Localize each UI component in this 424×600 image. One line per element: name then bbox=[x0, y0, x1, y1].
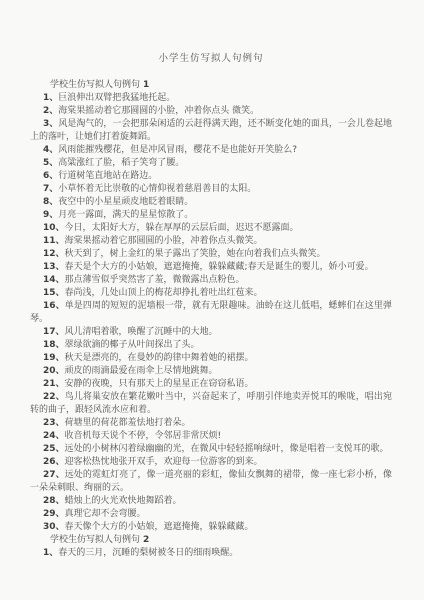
list-item: 4、风雨能摧残樱花，但是冲风冒雨，樱花不是也能好开笑脸么? bbox=[30, 144, 392, 157]
item-number: 16、 bbox=[43, 301, 65, 311]
item-number: 10、 bbox=[43, 223, 65, 233]
item-text: 鸟儿将巢安放在繁花嫩叶当中，兴奋起来了，呼朋引伴地卖弄悦耳的喉咙，唱出宛转的曲子… bbox=[30, 392, 392, 415]
item-text: 远处的小树林闪着绿幽幽的光，在微风中轻轻摇响绿叶，像是唱着一支悦耳的歌。 bbox=[65, 444, 389, 454]
list-item: 25、远处的小树林闪着绿幽幽的光，在微风中轻轻摇响绿叶，像是唱着一支悦耳的歌。 bbox=[30, 443, 392, 456]
item-number: 30、 bbox=[43, 522, 65, 532]
item-number: 5、 bbox=[43, 158, 58, 168]
list-item: 11、海棠果摇动着它那圆圆的小脸，冲着你点头微笑。 bbox=[30, 235, 392, 248]
item-number: 3、 bbox=[43, 119, 58, 129]
item-number: 18、 bbox=[43, 340, 65, 350]
item-text: 高粱涨红了脸，稻子笑弯了腰。 bbox=[58, 158, 184, 168]
list-item: 8、夜空中的小星星顽皮地眨着眼睛。 bbox=[30, 196, 392, 209]
list-item: 30、春天像个大方的小姑娘，遮遮掩掩，躲躲藏藏。 bbox=[30, 521, 392, 534]
item-text: 秋天是漂亮的，在曼妙的韵律中舞着她的裙摆。 bbox=[65, 353, 254, 363]
item-number: 12、 bbox=[43, 249, 65, 259]
list-item: 16、单是四周的短短的泥墙根一带，就有无限趣味。油蛉在这儿低唱，蟋蟀们在这里弹琴… bbox=[30, 300, 392, 326]
item-number: 28、 bbox=[43, 496, 65, 506]
section-heading: 学校生仿写拟人句例句2 bbox=[30, 534, 392, 547]
list-item: 19、秋天是漂亮的，在曼妙的韵律中舞着她的裙摆。 bbox=[30, 352, 392, 365]
list-item: 29、真理它却不会弯腰。 bbox=[30, 508, 392, 521]
list-item: 28、蜡烛上的火光欢快地舞蹈着。 bbox=[30, 495, 392, 508]
list-item: 3、风是淘气的，一会把那朵闲适的云赶得满天跑，还不断变化她的面具，一会儿卷起地上… bbox=[30, 118, 392, 144]
item-text: 今日，太阳好大方，躲在厚厚的云层后面，迟迟不愿露面。 bbox=[65, 223, 299, 233]
list-item: 26、迎客松热忱地张开双手，欢迎每一位游客的到来。 bbox=[30, 456, 392, 469]
item-text: 蜡烛上的火光欢快地舞蹈着。 bbox=[65, 496, 182, 506]
item-number: 2、 bbox=[43, 106, 58, 116]
list-item: 1、巨浪伸出双臂把我猛地托起。 bbox=[30, 92, 392, 105]
section-heading: 学校生仿写拟人句例句1 bbox=[30, 79, 392, 92]
list-item: 24、收音机每天说个不停，令邻居非常厌烦! bbox=[30, 430, 392, 443]
section-heading-number: 2 bbox=[143, 535, 149, 545]
item-text: 春天是个大方的小姑娘，遮遮掩掩，躲躲藏藏;春天是诞生的婴儿，娇小可爱。 bbox=[65, 262, 374, 272]
document-page: 小学生仿写拟人句例句 学校生仿写拟人句例句11、巨浪伸出双臂把我猛地托起。2、海… bbox=[0, 0, 424, 600]
item-text: 小草怀着无比崇敬的心情仰视着慈眉善目的太阳。 bbox=[58, 184, 256, 194]
item-number: 14、 bbox=[43, 275, 65, 285]
section-heading-text: 学校生仿写拟人句例句 bbox=[50, 535, 140, 545]
item-text: 顽皮的雨滴最爱在雨伞上尽情地跳舞。 bbox=[65, 366, 218, 376]
list-item: 18、翠绿欲滴的椰子从叶间探出了头。 bbox=[30, 339, 392, 352]
item-text: 夜空中的小星星顽皮地眨着眼睛。 bbox=[58, 197, 193, 207]
list-item: 5、高粱涨红了脸，稻子笑弯了腰。 bbox=[30, 157, 392, 170]
list-item: 10、今日，太阳好大方，躲在厚厚的云层后面，迟迟不愿露面。 bbox=[30, 222, 392, 235]
item-text: 安静的夜晚，只有那天上的星星正在窃窃私语。 bbox=[65, 379, 254, 389]
item-text: 风是淘气的，一会把那朵闲适的云赶得满天跑，还不断变化她的面具，一会儿卷起地上的落… bbox=[30, 119, 392, 142]
list-item: 1、春天的三月，沉睡的梨树被冬日的细雨唤醒。 bbox=[30, 547, 392, 560]
item-text: 荷塘里的荷花都羞怯地打着朵。 bbox=[65, 418, 191, 428]
document-body: 学校生仿写拟人句例句11、巨浪伸出双臂把我猛地托起。2、海棠果摇动着它那圆圆的小… bbox=[30, 79, 392, 560]
item-text: 海棠果摇动着它那圆圆的小脸，冲着你点头 微笑。 bbox=[58, 106, 259, 116]
item-text: 风雨能摧残樱花，但是冲风冒雨，樱花不是也能好开笑脸么? bbox=[58, 145, 297, 155]
item-text: 风儿清唱着歌，唤醒了沉睡中的大地。 bbox=[65, 327, 218, 337]
section: 学校生仿写拟人句例句11、巨浪伸出双臂把我猛地托起。2、海棠果摇动着它那圆圆的小… bbox=[30, 79, 392, 534]
item-text: 真理它却不会弯腰。 bbox=[65, 509, 146, 519]
item-number: 1、 bbox=[43, 93, 58, 103]
list-item: 9、月亮一露面，满天的星星惊散了。 bbox=[30, 209, 392, 222]
list-item: 7、小草怀着无比崇敬的心情仰视着慈眉善目的太阳。 bbox=[30, 183, 392, 196]
list-item: 13、春天是个大方的小姑娘，遮遮掩掩，躲躲藏藏;春天是诞生的婴儿，娇小可爱。 bbox=[30, 261, 392, 274]
item-number: 19、 bbox=[43, 353, 65, 363]
list-item: 21、安静的夜晚，只有那天上的星星正在窃窃私语。 bbox=[30, 378, 392, 391]
item-number: 22、 bbox=[43, 392, 65, 402]
item-text: 海棠果摇动着它那圆圆的小脸，冲着你点头微笑。 bbox=[65, 236, 263, 246]
item-number: 13、 bbox=[43, 262, 65, 272]
item-number: 20、 bbox=[43, 366, 65, 376]
item-number: 24、 bbox=[43, 431, 65, 441]
item-number: 26、 bbox=[43, 457, 65, 467]
list-item: 22、鸟儿将巢安放在繁花嫩叶当中，兴奋起来了，呼朋引伴地卖弄悦耳的喉咙，唱出宛转… bbox=[30, 391, 392, 417]
document-title: 小学生仿写拟人句例句 bbox=[30, 50, 392, 64]
item-text: 单是四周的短短的泥墙根一带，就有无限趣味。油蛉在这儿低唱，蟋蟀们在这里弹琴。 bbox=[30, 301, 392, 324]
item-number: 27、 bbox=[43, 470, 65, 480]
list-item: 20、顽皮的雨滴最爱在雨伞上尽情地跳舞。 bbox=[30, 365, 392, 378]
item-number: 29、 bbox=[43, 509, 65, 519]
section: 学校生仿写拟人句例句21、春天的三月，沉睡的梨树被冬日的细雨唤醒。 bbox=[30, 534, 392, 560]
item-text: 迎客松热忱地张开双手，欢迎每一位游客的到来。 bbox=[65, 457, 263, 467]
item-text: 秋天到了，树上金红的果子露出了笑脸，她在向着我们点头微笑。 bbox=[65, 249, 326, 259]
list-item: 12、秋天到了，树上金红的果子露出了笑脸，她在向着我们点头微笑。 bbox=[30, 248, 392, 261]
item-text: 月亮一露面，满天的星星惊散了。 bbox=[58, 210, 193, 220]
item-number: 6、 bbox=[43, 171, 58, 181]
list-item: 15、春尚浅，几处山顶上的梅花却挣扎着吐出红苞来。 bbox=[30, 287, 392, 300]
item-number: 21、 bbox=[43, 379, 65, 389]
item-text: 春天的三月，沉睡的梨树被冬日的细雨唤醒。 bbox=[58, 548, 238, 558]
item-text: 远处的霓虹灯亮了，像一道亮丽的彩虹，像仙女飘舞的裙带，像一座七彩小桥，像一朵朵刺… bbox=[30, 470, 392, 493]
item-number: 4、 bbox=[43, 145, 58, 155]
list-item: 23、荷塘里的荷花都羞怯地打着朵。 bbox=[30, 417, 392, 430]
item-text: 收音机每天说个不停，令邻居非常厌烦! bbox=[65, 431, 222, 441]
item-number: 8、 bbox=[43, 197, 58, 207]
list-item: 14、那点薄雪似乎突然害了羞，微微露出点粉色。 bbox=[30, 274, 392, 287]
item-number: 17、 bbox=[43, 327, 65, 337]
list-item: 27、远处的霓虹灯亮了，像一道亮丽的彩虹，像仙女飘舞的裙带，像一座七彩小桥，像一… bbox=[30, 469, 392, 495]
list-item: 17、风儿清唱着歌，唤醒了沉睡中的大地。 bbox=[30, 326, 392, 339]
item-number: 1、 bbox=[43, 548, 58, 558]
item-number: 9、 bbox=[43, 210, 58, 220]
item-text: 那点薄雪似乎突然害了羞，微微露出点粉色。 bbox=[65, 275, 245, 285]
item-number: 11、 bbox=[43, 236, 65, 246]
list-item: 2、海棠果摇动着它那圆圆的小脸，冲着你点头 微笑。 bbox=[30, 105, 392, 118]
item-number: 15、 bbox=[43, 288, 65, 298]
section-heading-text: 学校生仿写拟人句例句 bbox=[50, 80, 140, 90]
item-number: 23、 bbox=[43, 418, 65, 428]
item-number: 25、 bbox=[43, 444, 65, 454]
item-text: 行道树笔直地站在路边。 bbox=[58, 171, 157, 181]
item-text: 翠绿欲滴的椰子从叶间探出了头。 bbox=[65, 340, 200, 350]
item-number: 7、 bbox=[43, 184, 58, 194]
item-text: 春天像个大方的小姑娘，遮遮掩掩，躲躲藏藏。 bbox=[65, 522, 254, 532]
list-item: 6、行道树笔直地站在路边。 bbox=[30, 170, 392, 183]
item-text: 春尚浅，几处山顶上的梅花却挣扎着吐出红苞来。 bbox=[65, 288, 263, 298]
section-heading-number: 1 bbox=[143, 80, 149, 90]
item-text: 巨浪伸出双臂把我猛地托起。 bbox=[58, 93, 175, 103]
